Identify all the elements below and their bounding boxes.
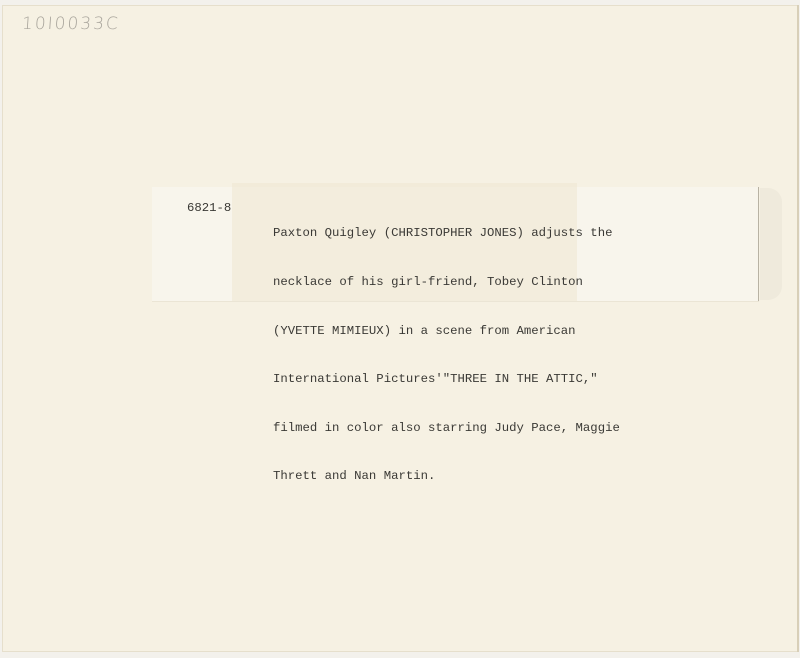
photo-number: 6821-8 xyxy=(187,200,231,216)
caption-line: filmed in color also starring Judy Pace,… xyxy=(273,420,620,436)
caption-line: Paxton Quigley (CHRISTOPHER JONES) adjus… xyxy=(273,225,620,241)
caption-line: International Pictures'"THREE IN THE ATT… xyxy=(273,371,620,387)
caption-line: Thrett and Nan Martin. xyxy=(273,468,620,484)
caption-line: (YVETTE MIMIEUX) in a scene from America… xyxy=(273,323,620,339)
handwritten-archive-id: 10I0033C xyxy=(21,14,120,34)
caption-line: necklace of his girl-friend, Tobey Clint… xyxy=(273,274,620,290)
tape-residue-shadow xyxy=(760,188,782,300)
caption-text: Paxton Quigley (CHRISTOPHER JONES) adjus… xyxy=(273,193,620,517)
scanned-page: 10I0033C 6821-8 Paxton Quigley (CHRISTOP… xyxy=(0,0,800,658)
